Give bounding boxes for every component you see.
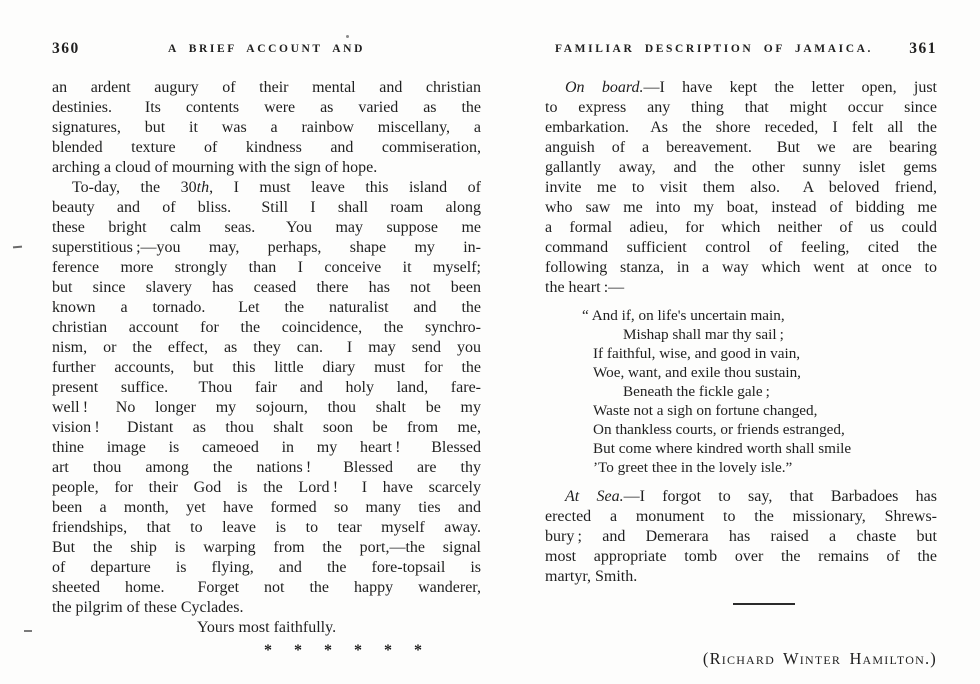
- text-line: nism, or the effect, as they can. I may …: [52, 338, 481, 358]
- left-page-body: an ardent augury of their mental and chr…: [52, 78, 481, 661]
- text-segment: people, for their God is the Lord ! I ha…: [52, 479, 481, 496]
- text-line: beauty and of bliss. Still I shall roam …: [52, 198, 481, 218]
- text-line: signatures, but it was a rainbow miscell…: [52, 118, 481, 138]
- text-segment: If faithful, wise, and good in vain,: [593, 345, 800, 362]
- text-line: destinies. Its contents were as varied a…: [52, 98, 481, 118]
- text-segment: sheeted home. Forget not the happy wande…: [52, 579, 481, 596]
- text-line: At Sea.—I forgot to say, that Barbadoes …: [545, 487, 937, 507]
- text-line: the pilgrim of these Cyclades.: [52, 598, 481, 618]
- text-segment: But the ship is warping from the port,—t…: [52, 539, 481, 556]
- text-line: further accounts, but this little diary …: [52, 358, 481, 378]
- text-line: anguish of a bereavement. But we are bea…: [545, 138, 937, 158]
- text-segment: invite me to visit them also. A beloved …: [545, 179, 937, 196]
- text-segment: “ And if, on life's uncertain main,: [582, 307, 785, 324]
- poem-line: Woe, want, and exile thou sustain,: [545, 363, 937, 382]
- text-line: arching a cloud of mourning with the sig…: [52, 158, 481, 178]
- text-segment: an ardent augury of their mental and chr…: [52, 79, 481, 96]
- right-page-number: 361: [909, 40, 937, 58]
- section-divider: [733, 603, 795, 625]
- text-segment: Yours most faithfully.: [197, 619, 336, 636]
- poem-line: If faithful, wise, and good in vain,: [545, 344, 937, 363]
- text-segment: present suffice. Thou fair and holy land…: [52, 379, 481, 396]
- text-segment: On thankless courts, or friends estrange…: [593, 421, 845, 438]
- text-line: erected a monument to the missionary, Sh…: [545, 507, 937, 527]
- text-segment: further accounts, but this little diary …: [52, 359, 481, 376]
- text-segment: , I must leave this island of: [209, 179, 481, 196]
- text-segment: well ! No longer my sojourn, thou shalt …: [52, 399, 481, 416]
- text-segment: Beneath the fickle gale ;: [623, 383, 770, 400]
- text-segment: vision ! Distant as thou shalt soon be f…: [52, 419, 481, 436]
- text-segment: Mishap shall mar thy sail ;: [623, 326, 784, 343]
- italic-text-segment: On board.: [565, 79, 644, 96]
- text-line: most appropriate tomb over the remains o…: [545, 547, 937, 567]
- text-segment: martyr, Smith.: [545, 568, 637, 585]
- text-line: embarkation. As the shore receded, I fel…: [545, 118, 937, 138]
- text-segment: —I forgot to say, that Barbadoes has: [624, 488, 937, 505]
- text-line: a formal adieu, for which neither of us …: [545, 218, 937, 238]
- text-segment: thine image is cameoed in my heart ! Ble…: [52, 439, 481, 456]
- italic-text-segment: At Sea.: [565, 488, 624, 505]
- text-line: art thou among the nations ! Blessed are…: [52, 458, 481, 478]
- text-line: an ardent augury of their mental and chr…: [52, 78, 481, 98]
- text-segment: To-day, the 30: [72, 179, 197, 196]
- closing-line: Yours most faithfully.: [52, 618, 481, 638]
- text-line: gallantly away, and the other sunny isle…: [545, 158, 937, 178]
- signature: (Richard Winter Hamilton.): [545, 649, 937, 669]
- text-line: been a month, yet have formed so many ti…: [52, 498, 481, 518]
- right-page: FAMILIAR DESCRIPTION OF JAMAICA. 361 On …: [545, 40, 937, 669]
- poem-line: Mishap shall mar thy sail ;: [545, 325, 937, 344]
- text-line: To-day, the 30th, I must leave this isla…: [52, 178, 481, 198]
- text-segment: erected a monument to the missionary, Sh…: [545, 508, 937, 525]
- text-segment: these bright calm seas. You may suppose …: [52, 219, 481, 236]
- poem-line: But come where kindred worth shall smile: [545, 439, 937, 458]
- scan-artifact-mark: [24, 630, 32, 632]
- text-segment: been a month, yet have formed so many ti…: [52, 499, 481, 516]
- text-line: superstitious ;—you may, perhaps, shape …: [52, 238, 481, 258]
- text-line: thine image is cameoed in my heart ! Ble…: [52, 438, 481, 458]
- text-line: who saw me into my boat, instead of bidd…: [545, 198, 937, 218]
- text-line: invite me to visit them also. A beloved …: [545, 178, 937, 198]
- right-page-header: FAMILIAR DESCRIPTION OF JAMAICA. 361: [545, 40, 937, 58]
- text-segment: bury ; and Demerara has raised a chaste …: [545, 528, 937, 545]
- text-line: known a tornado. Let the naturalist and …: [52, 298, 481, 318]
- asterisk-row: * * * * * *: [52, 641, 481, 661]
- text-segment: ference more strongly than I conceive it…: [52, 259, 481, 276]
- text-line: sheeted home. Forget not the happy wande…: [52, 578, 481, 598]
- poem-line: Waste not a sigh on fortune changed,: [545, 401, 937, 420]
- text-segment: destinies. Its contents were as varied a…: [52, 99, 481, 116]
- text-segment: the heart :—: [545, 279, 624, 296]
- text-segment: gallantly away, and the other sunny isle…: [545, 159, 937, 176]
- text-segment: of departure is flying, and the fore-top…: [52, 559, 481, 576]
- text-line: but since slavery has ceased there has n…: [52, 278, 481, 298]
- text-segment: a formal adieu, for which neither of us …: [545, 219, 937, 236]
- text-segment: anguish of a bereavement. But we are bea…: [545, 139, 937, 156]
- left-page-header: 360 A BRIEF ACCOUNT AND: [52, 40, 481, 58]
- text-segment: to express any thing that might occur si…: [545, 99, 937, 116]
- scan-artifact-mark: [13, 246, 22, 249]
- text-segment: * * * * * *: [264, 642, 423, 659]
- text-line: following stanza, in a way which went at…: [545, 258, 937, 278]
- left-page: 360 A BRIEF ACCOUNT AND an ardent augury…: [52, 40, 481, 661]
- text-line: ference more strongly than I conceive it…: [52, 258, 481, 278]
- text-segment: embarkation. As the shore receded, I fel…: [545, 119, 937, 136]
- text-segment: the pilgrim of these Cyclades.: [52, 599, 244, 616]
- poem-line: On thankless courts, or friends estrange…: [545, 420, 937, 439]
- text-segment: superstitious ;—you may, perhaps, shape …: [52, 239, 481, 256]
- text-line: christian account for the coincidence, t…: [52, 318, 481, 338]
- text-line: vision ! Distant as thou shalt soon be f…: [52, 418, 481, 438]
- text-segment: who saw me into my boat, instead of bidd…: [545, 199, 937, 216]
- text-line: people, for their God is the Lord ! I ha…: [52, 478, 481, 498]
- text-line: command sufficient control of feeling, c…: [545, 238, 937, 258]
- poem-line: ’To greet thee in the lovely isle.”: [545, 458, 937, 477]
- text-segment: Waste not a sigh on fortune changed,: [593, 402, 817, 419]
- text-segment: command sufficient control of feeling, c…: [545, 239, 937, 256]
- text-line: But the ship is warping from the port,—t…: [52, 538, 481, 558]
- right-page-body: On board.—I have kept the letter open, j…: [545, 78, 937, 669]
- text-line: to express any thing that might occur si…: [545, 98, 937, 118]
- text-line: present suffice. Thou fair and holy land…: [52, 378, 481, 398]
- text-segment: most appropriate tomb over the remains o…: [545, 548, 937, 565]
- poem-line: Beneath the fickle gale ;: [545, 382, 937, 401]
- right-running-title: FAMILIAR DESCRIPTION OF JAMAICA.: [545, 43, 883, 55]
- left-running-title: A BRIEF ACCOUNT AND: [52, 43, 481, 55]
- text-segment: christian account for the coincidence, t…: [52, 319, 481, 336]
- text-line: bury ; and Demerara has raised a chaste …: [545, 527, 937, 547]
- text-line: martyr, Smith.: [545, 567, 937, 587]
- text-line: blended texture of kindness and commiser…: [52, 138, 481, 158]
- text-segment: beauty and of bliss. Still I shall roam …: [52, 199, 481, 216]
- text-segment: art thou among the nations ! Blessed are…: [52, 459, 481, 476]
- poem-line: “ And if, on life's uncertain main,: [545, 306, 937, 325]
- text-segment: signatures, but it was a rainbow miscell…: [52, 119, 481, 136]
- text-segment: following stanza, in a way which went at…: [545, 259, 937, 276]
- text-line: On board.—I have kept the letter open, j…: [545, 78, 937, 98]
- text-segment: —I have kept the letter open, just: [644, 79, 938, 96]
- text-line: these bright calm seas. You may suppose …: [52, 218, 481, 238]
- text-line: the heart :—: [545, 278, 937, 298]
- text-line: of departure is flying, and the fore-top…: [52, 558, 481, 578]
- italic-text-segment: th: [197, 179, 209, 196]
- text-segment: nism, or the effect, as they can. I may …: [52, 339, 481, 356]
- text-segment: But come where kindred worth shall smile: [593, 440, 851, 457]
- text-segment: arching a cloud of mourning with the sig…: [52, 159, 377, 176]
- scan-artifact-speck: [346, 35, 349, 38]
- text-segment: ’To greet thee in the lovely isle.”: [593, 459, 792, 476]
- text-segment: known a tornado. Let the naturalist and …: [52, 299, 481, 316]
- text-segment: but since slavery has ceased there has n…: [52, 279, 481, 296]
- text-segment: blended texture of kindness and commiser…: [52, 139, 481, 156]
- text-segment: Woe, want, and exile thou sustain,: [593, 364, 801, 381]
- text-line: well ! No longer my sojourn, thou shalt …: [52, 398, 481, 418]
- text-line: friendships, that to leave is to tear my…: [52, 518, 481, 538]
- text-segment: (Richard Winter Hamilton.): [703, 649, 937, 668]
- text-segment: friendships, that to leave is to tear my…: [52, 519, 481, 536]
